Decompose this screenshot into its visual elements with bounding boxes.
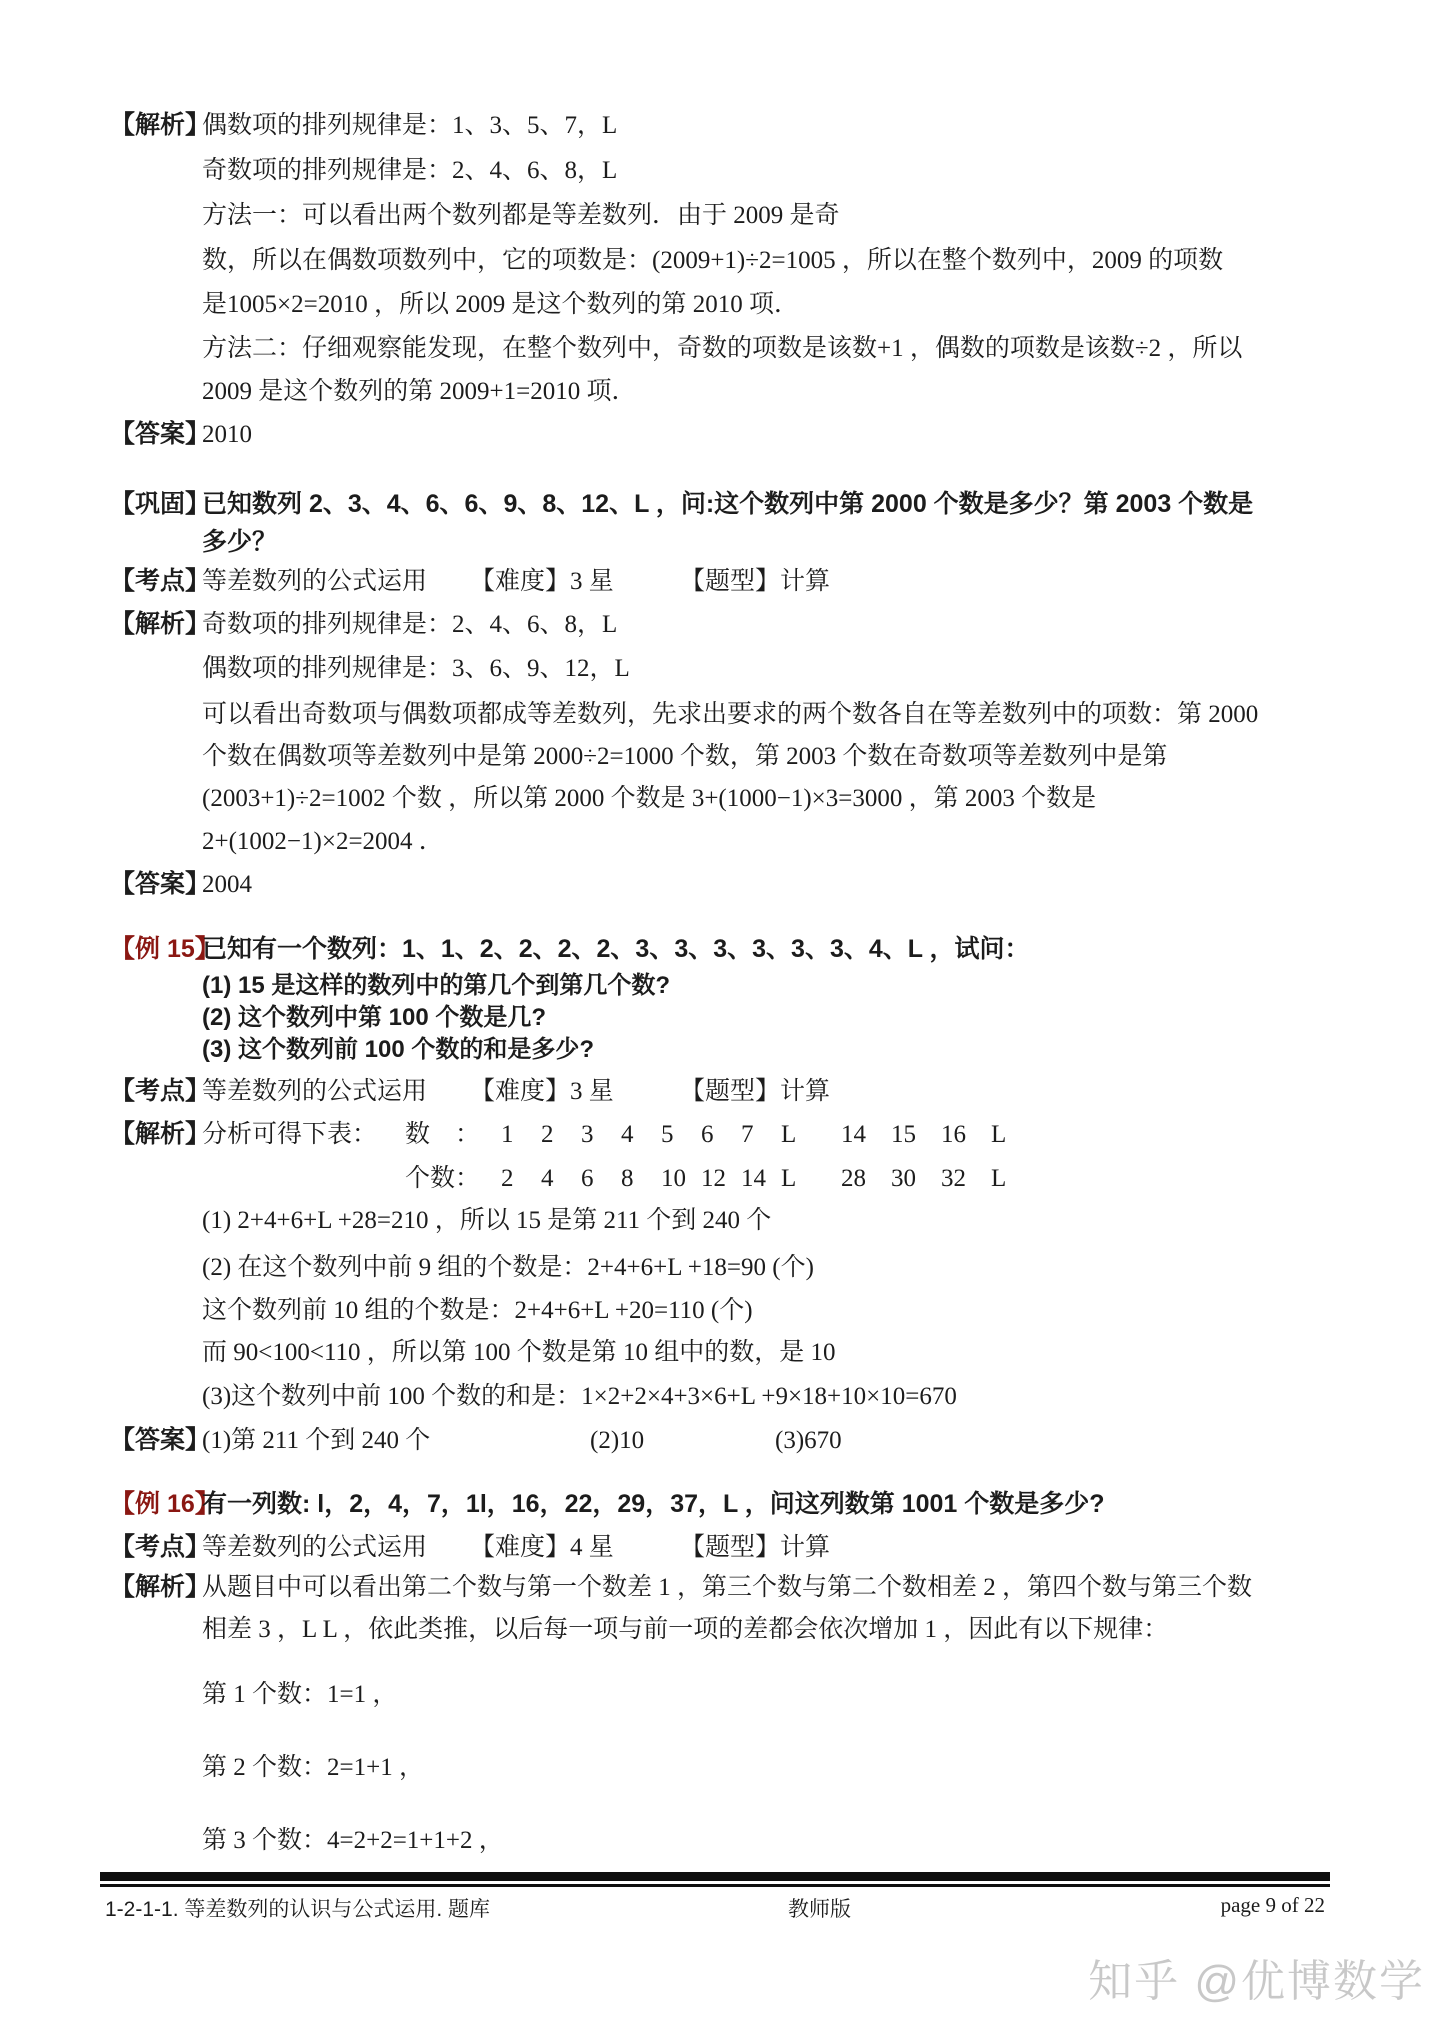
table-cell: 2: [541, 1119, 581, 1150]
table-cell: L: [991, 1119, 1041, 1150]
table-cell: L: [781, 1119, 821, 1150]
section-label: 【考点】: [110, 1532, 202, 1563]
text-line: 可以看出奇数项与偶数项都成等差数列，先求出要求的两个数各自在等差数列中的项数：第…: [110, 699, 1258, 730]
line-text: 已知数列 2、3、4、6、6、9、8、12、L ，问:这个数列中第 2000 个…: [202, 490, 1253, 518]
labeled-line: 【考点】等差数列的公式运用【难度】4 星【题型】计算: [110, 1532, 830, 1563]
labeled-line: 【解析】从题目中可以看出第二个数与第一个数差 1 ，第三个数与第二个数相差 2 …: [110, 1572, 1252, 1603]
table-row-label: 个数：: [405, 1163, 501, 1194]
table-cell: 7: [741, 1119, 781, 1150]
text-line: 数，所以在偶数项数列中，它的项数是：(2009+1)÷2=1005 ，所以在整个…: [110, 245, 1223, 276]
line-text: 偶数项的排列规律是：1、3、5、7，L: [202, 112, 617, 139]
line-text: 第 3 个数：4=2+2=1+1+2 ，: [202, 1827, 504, 1854]
text-line: 2+(1002−1)×2=2004 ．: [110, 826, 444, 857]
line-text: 第 1 个数：1=1 ，: [202, 1681, 397, 1708]
section-label: 【巩固】: [110, 489, 202, 520]
labeled-line: 【答案】2004: [110, 869, 252, 900]
question-type-text: 【题型】计算: [680, 566, 830, 597]
table-row: 个数：2468101214L283032L: [405, 1163, 1041, 1207]
text-line: 2009 是这个数列的第 2009+1=2010 项．: [110, 376, 636, 407]
line-text: 方法二：仔细观察能发现，在整个数列中，奇数的项数是该数+1 ，偶数的项数是该数÷…: [202, 335, 1242, 362]
table-cell: 16: [941, 1119, 991, 1150]
line-text: 偶数项的排列规律是：3、6、9、12，L: [202, 655, 630, 682]
section-label: 【解析】: [110, 1572, 202, 1603]
line-text: 数，所以在偶数项数列中，它的项数是：(2009+1)÷2=1005 ，所以在整个…: [202, 247, 1223, 274]
line-text: (2) 在这个数列中前 9 组的个数是：2+4+6+L +18=90 (个): [202, 1254, 814, 1281]
labeled-line: 【答案】2010: [110, 419, 252, 450]
section-label: 【考点】: [110, 1076, 202, 1107]
text-line: 第 2 个数：2=1+1 ，: [110, 1752, 424, 1783]
labeled-line: 【解析】偶数项的排列规律是：1、3、5、7，L: [110, 110, 617, 141]
table-cell: L: [781, 1163, 821, 1194]
footer-doc-title: 1-2-1-1. 等差数列的认识与公式运用. 题库: [105, 1893, 490, 1923]
labeled-line: 【考点】等差数列的公式运用【难度】3 星【题型】计算: [110, 1076, 830, 1107]
table-cell: 14: [841, 1119, 891, 1150]
line-text: 从题目中可以看出第二个数与第一个数差 1 ，第三个数与第二个数相差 2 ，第四个…: [202, 1574, 1252, 1601]
section-label: 【解析】: [110, 1119, 202, 1150]
difficulty-text: 【难度】4 星: [470, 1532, 680, 1563]
line-text: (2) 这个数列中第 100 个数是几?: [202, 1004, 546, 1031]
section-label: 【例 15】: [110, 934, 202, 965]
table-cell: 12: [701, 1163, 741, 1194]
footer-rule-thin: [100, 1884, 1330, 1887]
question-type-text: 【题型】计算: [680, 1532, 830, 1563]
line-text: 已知有一个数列：1、1、2、2、2、2、3、3、3、3、3、3、4、L ，试问：: [202, 935, 1030, 963]
labeled-line: 【考点】等差数列的公式运用【难度】3 星【题型】计算: [110, 566, 830, 597]
keypoint-text: 等差数列的公式运用: [202, 1532, 470, 1563]
line-text: (3)这个数列中前 100 个数的和是：1×2+2×4+3×6+L +9×18+…: [202, 1383, 957, 1410]
table-cell: 8: [621, 1163, 661, 1194]
text-line: 方法二：仔细观察能发现，在整个数列中，奇数的项数是该数+1 ，偶数的项数是该数÷…: [110, 333, 1242, 364]
line-text: 2009 是这个数列的第 2009+1=2010 项．: [202, 378, 636, 405]
table-row: 数 ：1234567L141516L: [405, 1119, 1041, 1163]
text-line: 偶数项的排列规律是：3、6、9、12，L: [110, 653, 630, 684]
text-line: 这个数列前 10 组的个数是：2+4+6+L +20=110 (个): [110, 1295, 753, 1326]
table-cell: 14: [741, 1163, 781, 1194]
text-line: (2003+1)÷2=1002 个数 ，所以第 2000 个数是 3+(1000…: [110, 783, 1096, 814]
table-cell: 6: [701, 1119, 741, 1150]
text-line: 奇数项的排列规律是：2、4、6、8，L: [110, 155, 617, 186]
keypoint-text: 等差数列的公式运用: [202, 1076, 470, 1107]
footer-page-number: page 9 of 22: [1221, 1893, 1325, 1918]
footer-edition: 教师版: [788, 1893, 851, 1923]
sequence-table: 数 ：1234567L141516L个数：2468101214L283032L: [405, 1119, 1041, 1207]
table-cell: 4: [541, 1163, 581, 1194]
line-text: (2003+1)÷2=1002 个数 ，所以第 2000 个数是 3+(1000…: [202, 785, 1096, 812]
line-text: 2+(1002−1)×2=2004 ．: [202, 828, 444, 855]
line-text: 2010: [202, 421, 252, 448]
text-line: (3)这个数列中前 100 个数的和是：1×2+2×4+3×6+L +9×18+…: [110, 1381, 957, 1412]
text-line: 个数在偶数项等差数列中是第 2000÷2=1000 个数，第 2003 个数在奇…: [110, 741, 1167, 772]
text-line: 相差 3 ，L L ，依此类推，以后每一项与前一项的差都会依次增加 1 ，因此有…: [110, 1614, 1168, 1645]
table-cell: 10: [661, 1163, 701, 1194]
analysis-table-block: 【解析】分析可得下表：数 ：1234567L141516L个数：24681012…: [110, 1119, 1041, 1207]
table-cell: 28: [841, 1163, 891, 1194]
difficulty-text: 【难度】3 星: [470, 1076, 680, 1107]
table-intro-text: 分析可得下表：: [202, 1119, 405, 1150]
line-text: 而 90<100<110 ，所以第 100 个数是第 10 组中的数，是 10: [202, 1339, 836, 1366]
text-line: 而 90<100<110 ，所以第 100 个数是第 10 组中的数，是 10: [110, 1337, 836, 1368]
text-line: 多少？: [110, 527, 277, 558]
line-text: 相差 3 ，L L ，依此类推，以后每一项与前一项的差都会依次增加 1 ，因此有…: [202, 1616, 1168, 1643]
labeled-line: 【解析】奇数项的排列规律是：2、4、6、8，L: [110, 609, 617, 640]
table-cell: 15: [891, 1119, 941, 1150]
section-label: 【例 16】: [110, 1489, 202, 1520]
labeled-line: 【巩固】已知数列 2、3、4、6、6、9、8、12、L ，问:这个数列中第 20…: [110, 489, 1253, 520]
table-cell: 6: [581, 1163, 621, 1194]
table-cell: 32: [941, 1163, 991, 1194]
text-line: 第 1 个数：1=1 ，: [110, 1679, 397, 1710]
section-label: 【考点】: [110, 566, 202, 597]
footer-rule-thick: [100, 1872, 1330, 1881]
line-text: (1) 15 是这样的数列中的第几个到第几个数?: [202, 972, 670, 999]
document-page: { "page": { "accent_color": "#8a1712", "…: [0, 0, 1440, 2036]
labeled-line: 【答案】(1)第 211 个到 240 个(2)10(3)670: [110, 1425, 842, 1456]
text-line: (2) 这个数列中第 100 个数是几?: [110, 1003, 546, 1033]
table-cell: 4: [621, 1119, 661, 1150]
line-text: (3) 这个数列前 100 个数的和是多少?: [202, 1036, 594, 1063]
table-cell: L: [991, 1163, 1041, 1194]
section-label: 【解析】: [110, 609, 202, 640]
keypoint-text: 等差数列的公式运用: [202, 566, 470, 597]
labeled-line: 【例 16】有一列数: l，2，4，7，1l，16，22，29，37，L ，问这…: [110, 1489, 1105, 1520]
line-text: 有一列数: l，2，4，7，1l，16，22，29，37，L ，问这列数第 10…: [202, 1490, 1105, 1518]
text-line: 是1005×2=2010 ，所以 2009 是这个数列的第 2010 项．: [110, 289, 799, 320]
line-text: (1) 2+4+6+L +28=210 ，所以 15 是第 211 个到 240…: [202, 1207, 771, 1234]
table-cell: 3: [581, 1119, 621, 1150]
table-cell: 2: [501, 1163, 541, 1194]
table-cell: 1: [501, 1119, 541, 1150]
table-cell: 5: [661, 1119, 701, 1150]
line-text: 奇数项的排列规律是：2、4、6、8，L: [202, 157, 617, 184]
text-line: (1) 2+4+6+L +28=210 ，所以 15 是第 211 个到 240…: [110, 1205, 771, 1236]
text-line: 第 3 个数：4=2+2=1+1+2 ，: [110, 1825, 504, 1856]
line-text: 这个数列前 10 组的个数是：2+4+6+L +20=110 (个): [202, 1297, 753, 1324]
section-label: 【答案】: [110, 869, 202, 900]
line-text: 第 2 个数：2=1+1 ，: [202, 1754, 424, 1781]
table-cell: 30: [891, 1163, 941, 1194]
line-text: 是1005×2=2010 ，所以 2009 是这个数列的第 2010 项．: [202, 291, 799, 318]
line-text: 个数在偶数项等差数列中是第 2000÷2=1000 个数，第 2003 个数在奇…: [202, 743, 1167, 770]
answer-part: (3)670: [775, 1425, 842, 1456]
line-text: 2004: [202, 871, 252, 898]
table-row-label: 数 ：: [405, 1119, 501, 1150]
difficulty-text: 【难度】3 星: [470, 566, 680, 597]
line-text: 方法一：可以看出两个数列都是等差数列．由于 2009 是奇: [202, 202, 840, 229]
text-line: (2) 在这个数列中前 9 组的个数是：2+4+6+L +18=90 (个): [110, 1252, 814, 1283]
answer-part: (1)第 211 个到 240 个: [202, 1425, 590, 1456]
text-line: 方法一：可以看出两个数列都是等差数列．由于 2009 是奇: [110, 200, 840, 231]
text-line: (1) 15 是这样的数列中的第几个到第几个数?: [110, 971, 670, 1001]
section-label: 【答案】: [110, 1425, 202, 1456]
question-type-text: 【题型】计算: [680, 1076, 830, 1107]
watermark: 知乎 @优博数学: [1088, 1945, 1425, 2009]
line-text: 可以看出奇数项与偶数项都成等差数列，先求出要求的两个数各自在等差数列中的项数：第…: [202, 701, 1258, 728]
section-label: 【答案】: [110, 419, 202, 450]
footer-rule: [100, 1872, 1330, 1887]
line-text: 奇数项的排列规律是：2、4、6、8，L: [202, 611, 617, 638]
text-line: (3) 这个数列前 100 个数的和是多少?: [110, 1035, 594, 1065]
answer-part: (2)10: [590, 1425, 775, 1456]
line-text: 多少？: [202, 528, 277, 556]
section-label: 【解析】: [110, 110, 202, 141]
labeled-line: 【例 15】已知有一个数列：1、1、2、2、2、2、3、3、3、3、3、3、4、…: [110, 934, 1030, 965]
